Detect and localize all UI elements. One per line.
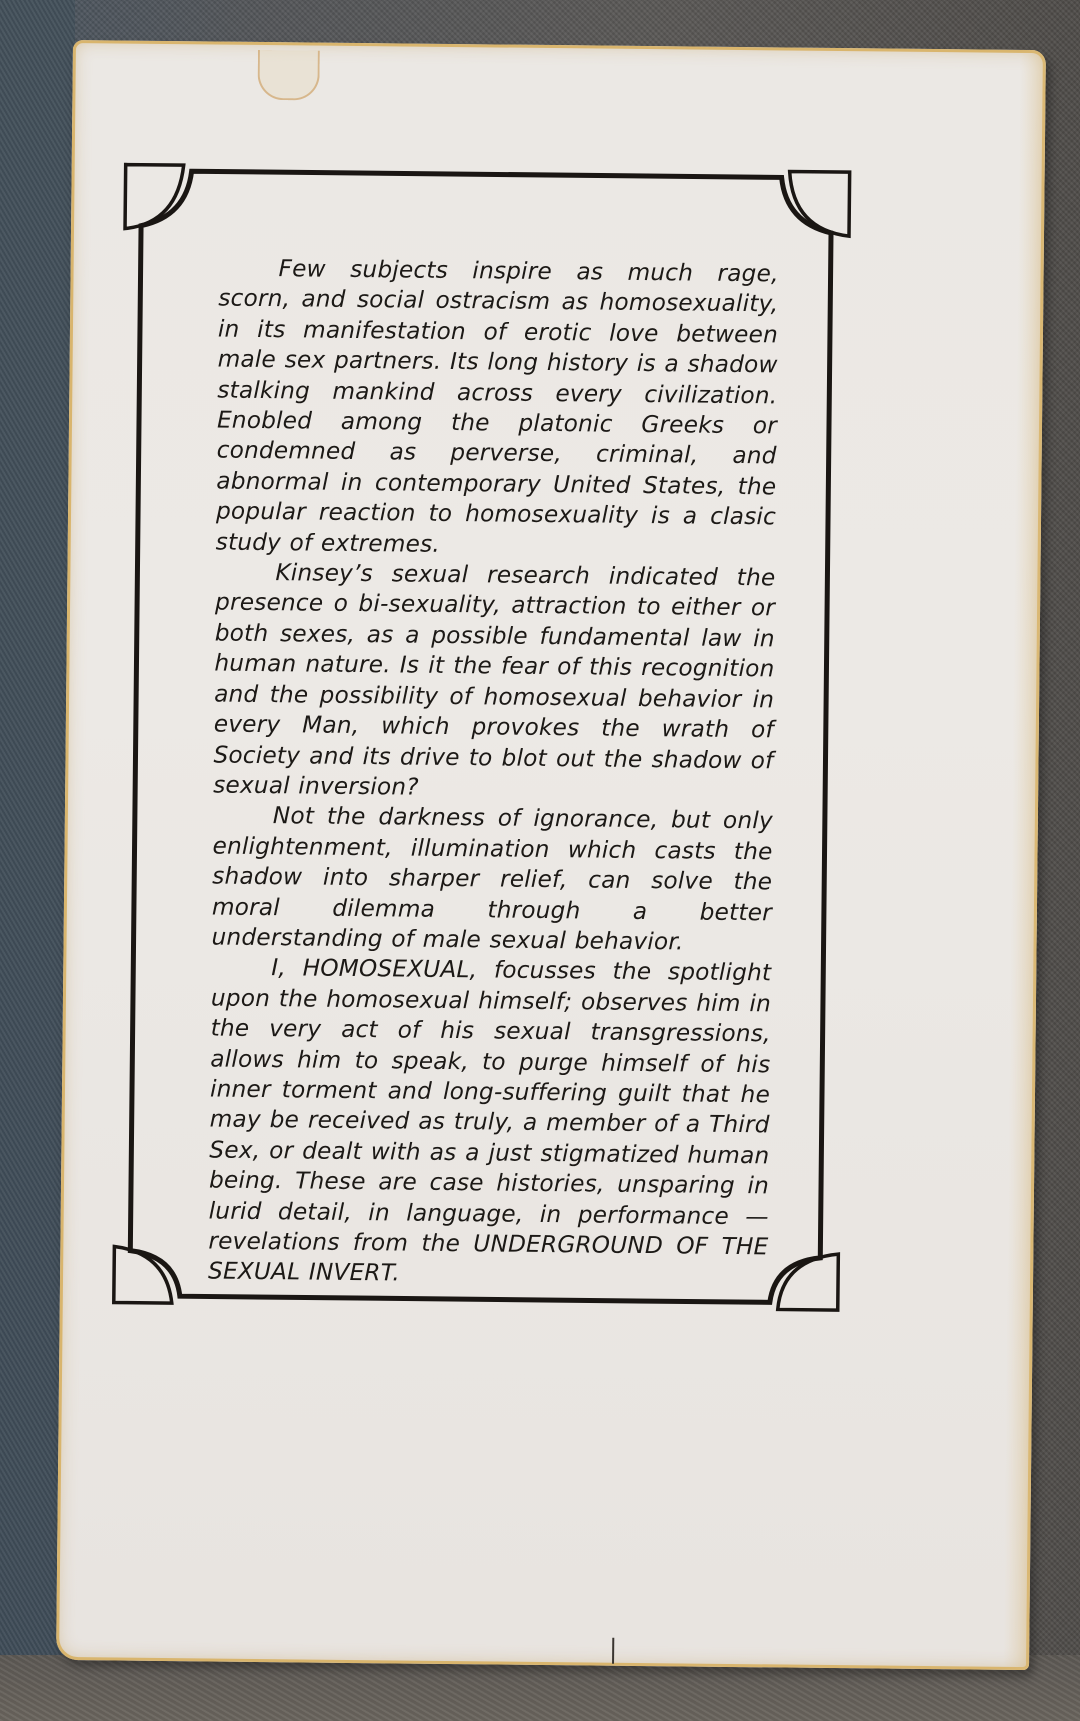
corner-ornament-top-left: [125, 165, 184, 230]
cover-edge-wear: [1003, 50, 1046, 1670]
corner-ornament-bottom-left: [114, 1246, 173, 1303]
cover-tear-mark: [612, 1638, 614, 1664]
corner-ornament-top-right: [789, 172, 850, 237]
book-back-cover: Few subjects inspire as much rage, scorn…: [56, 40, 1046, 1670]
blurb-paragraph-1: Few subjects inspire as much rage, scorn…: [216, 254, 779, 564]
blurb-paragraph-4: I, HOMOSEXUAL, focusses the spotlight up…: [208, 953, 771, 1293]
blurb-paragraph-3: Not the darkness of ignorance, but only …: [211, 801, 773, 959]
blurb-text: Few subjects inspire as much rage, scorn…: [208, 254, 779, 1294]
corner-ornament-bottom-right: [778, 1253, 839, 1310]
blurb-paragraph-2: Kinsey’s sexual research indicated the p…: [213, 558, 776, 807]
water-stain: [257, 50, 320, 101]
